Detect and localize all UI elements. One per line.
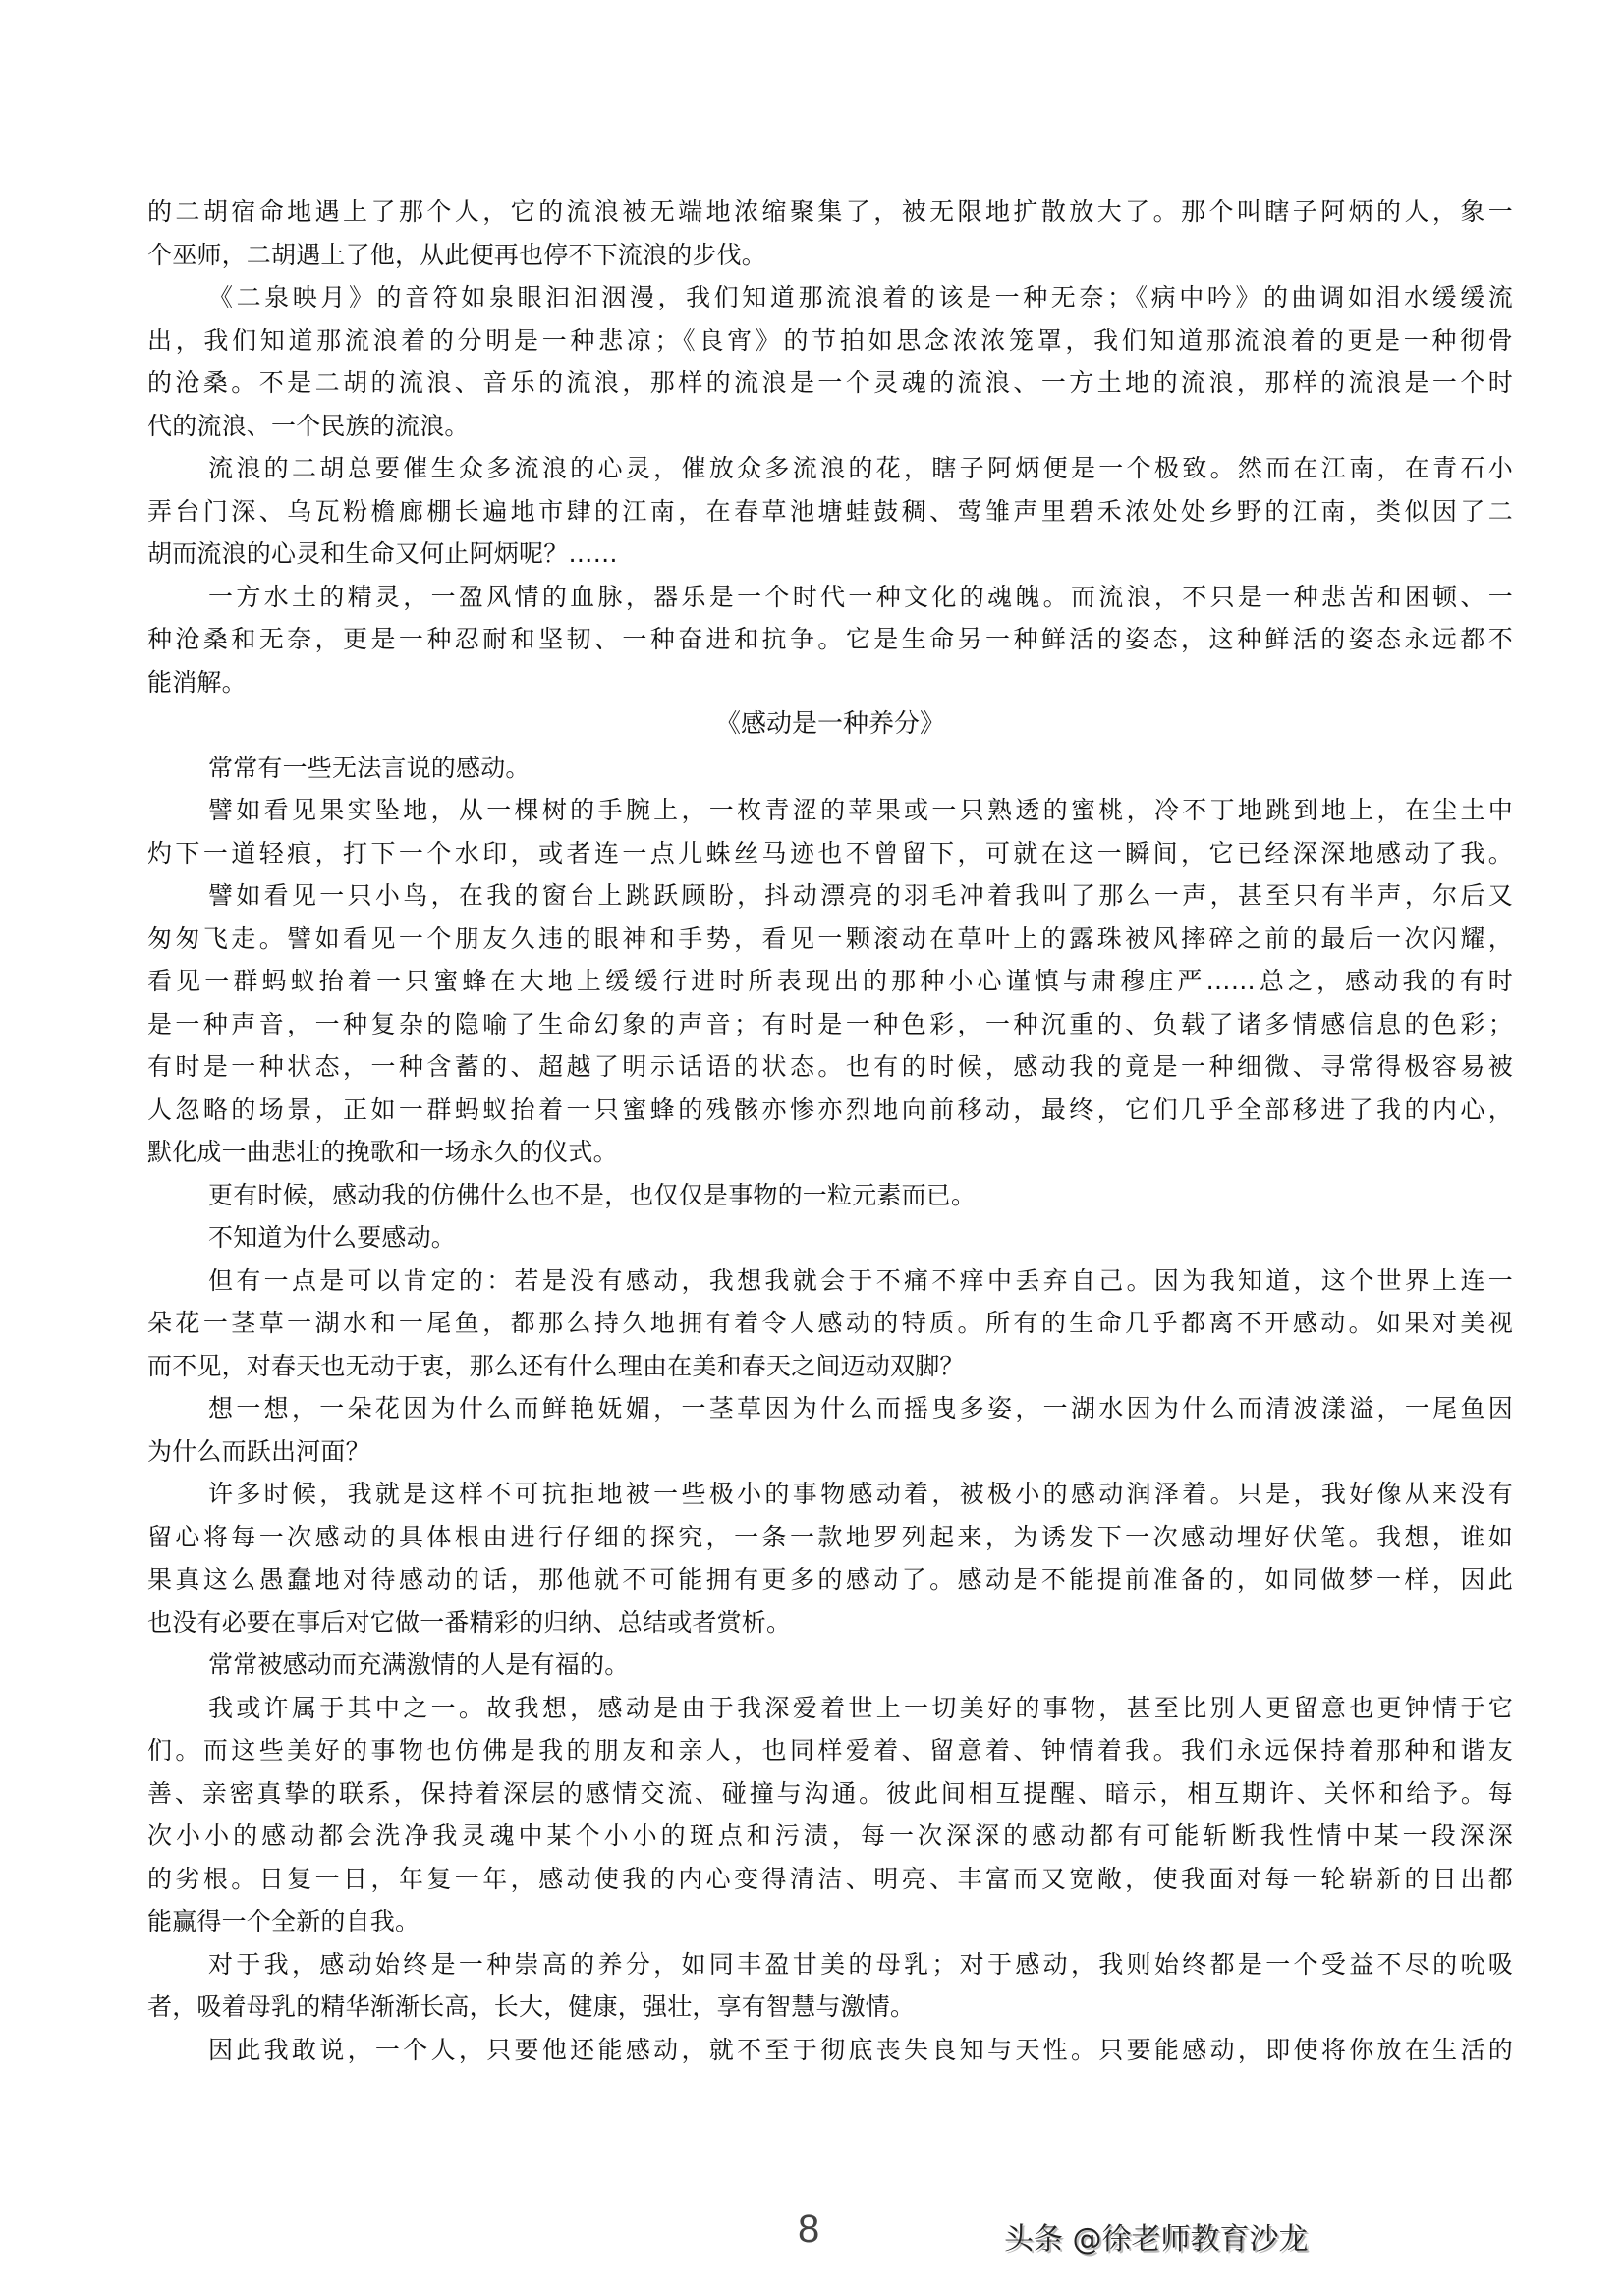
text-line: 灼下一道轻痕，打下一个水印，或者连一点儿蛛丝马迹也不曾留下，可就在这一瞬间，它已… (147, 832, 1513, 875)
text-line: 《二泉映月》的音符如泉眼汩汩洇漫，我们知道那流浪着的该是一种无奈；《病中吟》的曲… (147, 276, 1513, 319)
text-line: 者，吸着母乳的精华渐渐长高，长大，健康，强壮，享有智慧与激情。 (147, 1986, 1513, 2029)
document-page: 的二胡宿命地遇上了那个人，它的流浪被无端地浓缩聚集了，被无限地扩散放大了。那个叫… (147, 191, 1513, 2071)
text-line: 默化成一曲悲壮的挽歌和一场永久的仪式。 (147, 1131, 1513, 1174)
text-line: 的二胡宿命地遇上了那个人，它的流浪被无端地浓缩聚集了，被无限地扩散放大了。那个叫… (147, 191, 1513, 234)
text-line: 流浪的二胡总要催生众多流浪的心灵，催放众多流浪的花，瞎子阿炳便是一个极致。然而在… (147, 447, 1513, 490)
text-line: 善、亲密真挚的联系，保持着深层的感情交流、碰撞与沟通。彼此间相互提醒、暗示，相互… (147, 1772, 1513, 1816)
text-line: 而不见，对春天也无动于衷，那么还有什么理由在美和春天之间迈动双脚？ (147, 1345, 1513, 1388)
text-line: 想一想，一朵花因为什么而鲜艳妩媚，一茎草因为什么而摇曳多姿，一湖水因为什么而清波… (147, 1387, 1513, 1430)
text-line: 出，我们知道那流浪着的分明是一种悲凉；《良宵》的节拍如思念浓浓笼罩，我们知道那流… (147, 319, 1513, 363)
text-line: 我或许属于其中之一。故我想，感动是由于我深爱着世上一切美好的事物，甚至比别人更留… (147, 1687, 1513, 1730)
text-line: 匆匆飞走。譬如看见一个朋友久违的眼神和手势，看见一颗滚动在草叶上的露珠被风摔碎之… (147, 918, 1513, 961)
text-line: 因此我敢说，一个人，只要他还能感动，就不至于彻底丧失良知与天性。只要能感动，即使… (147, 2029, 1513, 2072)
text-line: 果真这么愚蠢地对待感动的话，那他就不可能拥有更多的感动了。感动是不能提前准备的，… (147, 1558, 1513, 1601)
text-line: 对于我，感动始终是一种崇高的养分，如同丰盈甘美的母乳；对于感动，我则始终都是一个… (147, 1943, 1513, 1987)
text-line: 更有时候，感动我的仿佛什么也不是，也仅仅是事物的一粒元素而已。 (147, 1174, 1513, 1217)
watermark: 头条 @徐老师教育沙龙 (1004, 2214, 1309, 2258)
text-line: 是一种声音，一种复杂的隐喻了生命幻象的声音；有时是一种色彩，一种沉重的、负载了诸… (147, 1003, 1513, 1046)
essay-section-gandong: 常常有一些无法言说的感动。譬如看见果实坠地，从一棵树的手腕上，一枚青涩的苹果或一… (147, 747, 1513, 2072)
text-line: 譬如看见果实坠地，从一棵树的手腕上，一枚青涩的苹果或一只熟透的蜜桃，冷不丁地跳到… (147, 789, 1513, 832)
text-line: 为什么而跃出河面？ (147, 1430, 1513, 1474)
text-line: 的劣根。日复一日，年复一年，感动使我的内心变得清洁、明亮、丰富而又宽敞，使我面对… (147, 1858, 1513, 1901)
text-line: 次小小的感动都会洗净我灵魂中某个小小的斑点和污渍，每一次深深的感动都有可能斩断我… (147, 1815, 1513, 1858)
text-line: 一方水土的精灵，一盈风情的血脉，器乐是一个时代一种文化的魂魄。而流浪，不只是一种… (147, 576, 1513, 619)
text-line: 种沧桑和无奈，更是一种忍耐和坚韧、一种奋进和抗争。它是生命另一种鲜活的姿态，这种… (147, 618, 1513, 661)
text-line: 胡而流浪的心灵和生命又何止阿炳呢？…… (147, 532, 1513, 576)
text-line: 能赢得一个全新的自我。 (147, 1900, 1513, 1943)
text-line: 不知道为什么要感动。 (147, 1216, 1513, 1260)
text-line: 看见一群蚂蚁抬着一只蜜蜂在大地上缓缓行进时所表现出的那种小心谨慎与肃穆庄严……总… (147, 960, 1513, 1003)
text-line: 能消解。 (147, 661, 1513, 704)
text-line: 也没有必要在事后对它做一番精彩的归纳、总结或者赏析。 (147, 1601, 1513, 1645)
text-line: 譬如看见一只小鸟，在我的窗台上跳跃顾盼，抖动漂亮的羽毛冲着我叫了那么一声，甚至只… (147, 874, 1513, 918)
text-line: 许多时候，我就是这样不可抗拒地被一些极小的事物感动着，被极小的感动润泽着。只是，… (147, 1473, 1513, 1516)
text-line: 代的流浪、一个民族的流浪。 (147, 405, 1513, 448)
text-line: 常常被感动而充满激情的人是有福的。 (147, 1644, 1513, 1687)
text-line: 人忽略的场景，正如一群蚂蚁抬着一只蜜蜂的残骸亦惨亦烈地向前移动，最终，它们几乎全… (147, 1089, 1513, 1132)
text-line: 但有一点是可以肯定的：若是没有感动，我想我就会于不痛不痒中丢弃自己。因为我知道，… (147, 1260, 1513, 1303)
text-line: 个巫师，二胡遇上了他，从此便再也停不下流浪的步伐。 (147, 234, 1513, 277)
text-line: 留心将每一次感动的具体根由进行仔细的探究，一条一款地罗列起来，为诱发下一次感动埋… (147, 1516, 1513, 1559)
text-line: 有时是一种状态，一种含蓄的、超越了明示话语的状态。也有的时候，感动我的竟是一种细… (147, 1045, 1513, 1089)
text-line: 常常有一些无法言说的感动。 (147, 747, 1513, 790)
page-number: 8 (798, 2208, 819, 2252)
essay-section-erhu: 的二胡宿命地遇上了那个人，它的流浪被无端地浓缩聚集了，被无限地扩散放大了。那个叫… (147, 191, 1513, 703)
text-line: 朵花一茎草一湖水和一尾鱼，都那么持久地拥有着令人感动的特质。所有的生命几乎都离不… (147, 1302, 1513, 1345)
text-line: 弄台门深、乌瓦粉檐廊棚长遍地市肆的江南，在春草池塘蛙鼓稠、莺雏声里碧禾浓处处乡野… (147, 490, 1513, 533)
essay-title: 《感动是一种养分》 (147, 703, 1513, 747)
text-line: 们。而这些美好的事物也仿佛是我的朋友和亲人，也同样爱着、留意着、钟情着我。我们永… (147, 1729, 1513, 1772)
text-line: 的沧桑。不是二胡的流浪、音乐的流浪，那样的流浪是一个灵魂的流浪、一方土地的流浪，… (147, 362, 1513, 405)
